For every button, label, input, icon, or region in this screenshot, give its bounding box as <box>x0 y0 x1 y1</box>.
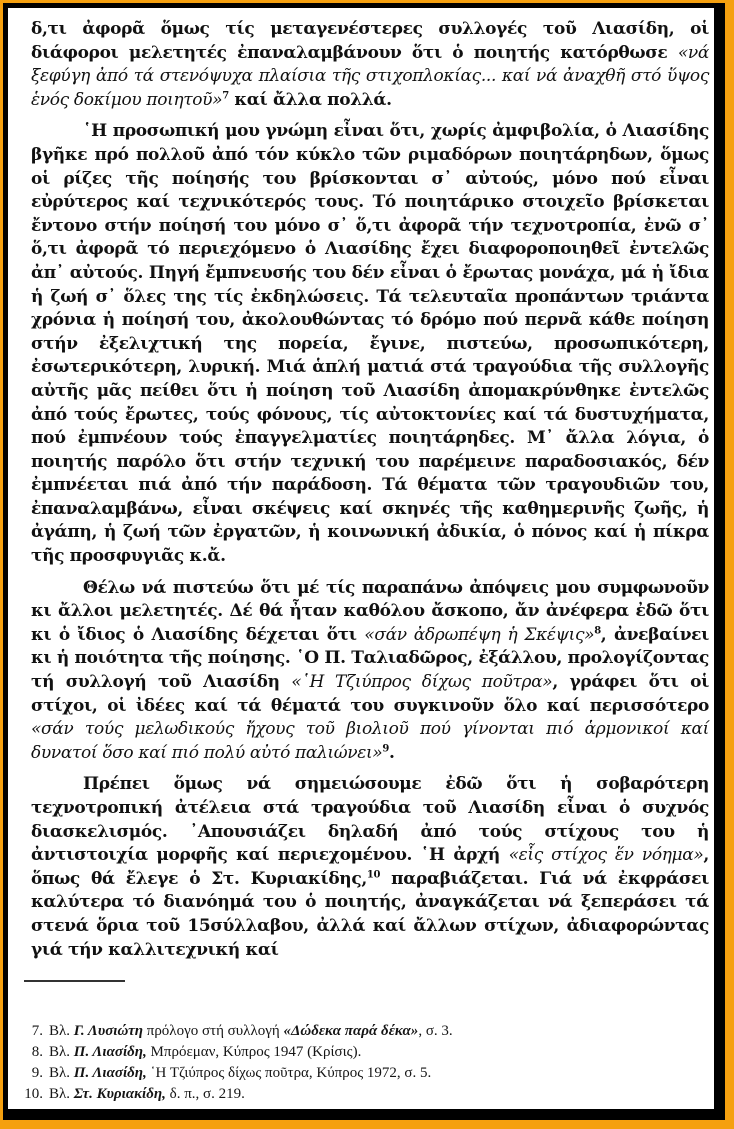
footnote-number: 9. <box>21 1063 43 1084</box>
quotation: «εἷς στίχος ἕν νόημα» <box>509 845 704 865</box>
text-run: καί ἄλλα πολλά. <box>229 90 392 110</box>
paragraph-2: ῾Η προσωπική μου γνώμη εἶναι ὅτι, χωρίς … <box>31 120 709 568</box>
footnote-prefix: Βλ. <box>49 1065 70 1081</box>
paragraph-1: δ,τι ἀφορᾶ ὅμως τίς μεταγενέστερες συλλο… <box>31 18 709 112</box>
footnote-number: 8. <box>21 1042 43 1063</box>
document-page: δ,τι ἀφορᾶ ὅμως τίς μεταγενέστερες συλλο… <box>8 8 714 1109</box>
page-frame-border: δ,τι ἀφορᾶ ὅμως τίς μεταγενέστερες συλλο… <box>3 3 725 1120</box>
footnote-9: 9.Βλ. Π. Λιασίδη, ῾Η Τζιύπρος δίχως ποῦτ… <box>21 1063 681 1084</box>
footnote-text: δ. π., σ. 219. <box>166 1086 245 1102</box>
text-run: . <box>389 743 395 763</box>
text-run: δ,τι ἀφορᾶ ὅμως τίς μεταγενέστερες συλλο… <box>31 19 709 63</box>
footnote-ref-8: 8 <box>594 625 601 636</box>
footnote-text: Μπρόεμαν, Κύπρος 1947 (Κρίσις). <box>147 1044 362 1060</box>
footnote-ref-10: 10 <box>367 869 380 880</box>
footnotes: 7.Βλ. Γ. Λυσιώτη πρόλογο στή συλλογή «Δώ… <box>21 1021 681 1105</box>
paragraph-4: Πρέπει ὅμως νά σημειώσουμε ἐδῶ ὅτι ἡ σοβ… <box>31 773 709 962</box>
footnote-ref-9: 9 <box>382 743 389 754</box>
footnote-ref-7: 7 <box>222 90 229 101</box>
footnote-title: «Δώδεκα παρά δέκα» <box>283 1023 418 1039</box>
body-text: δ,τι ἀφορᾶ ὅμως τίς μεταγενέστερες συλλο… <box>31 18 709 970</box>
footnote-separator <box>24 980 125 982</box>
text-run: ῾Η προσωπική μου γνώμη εἶναι ὅτι, χωρίς … <box>31 121 709 566</box>
footnote-text: ῾Η Τζιύπρος δίχως ποῦτρα, Κύπρος 1972, σ… <box>147 1065 431 1081</box>
footnote-author: Γ. Λυσιώτη <box>74 1023 143 1039</box>
footnote-7: 7.Βλ. Γ. Λυσιώτη πρόλογο στή συλλογή «Δώ… <box>21 1021 681 1042</box>
book-title: «῾Η Τζιύπρος δίχως ποῦτρα» <box>291 672 552 692</box>
footnote-number: 10. <box>21 1084 43 1105</box>
footnote-tail: , σ. 3. <box>418 1023 452 1039</box>
quotation: «σάν ἀδρωπέψη ἡ Σκέψις» <box>364 625 594 645</box>
footnote-author: Στ. Κυριακίδη, <box>74 1086 166 1102</box>
footnote-10: 10.Βλ. Στ. Κυριακίδη, δ. π., σ. 219. <box>21 1084 681 1105</box>
quotation: «σάν τούς μελωδικούς ἤχους τοῦ βιολιοῦ π… <box>31 719 709 763</box>
footnote-text: πρόλογο στή συλλογή <box>143 1023 283 1039</box>
footnote-prefix: Βλ. <box>49 1023 70 1039</box>
footnote-prefix: Βλ. <box>49 1086 70 1102</box>
footnote-author: Π. Λιασίδη, <box>74 1044 147 1060</box>
paragraph-3: Θέλω νά πιστεύω ὅτι μέ τίς παραπάνω ἀπόψ… <box>31 577 709 766</box>
footnote-8: 8.Βλ. Π. Λιασίδη, Μπρόεμαν, Κύπρος 1947 … <box>21 1042 681 1063</box>
footnote-number: 7. <box>21 1021 43 1042</box>
footnote-prefix: Βλ. <box>49 1044 70 1060</box>
footnote-author: Π. Λιασίδη, <box>74 1065 147 1081</box>
